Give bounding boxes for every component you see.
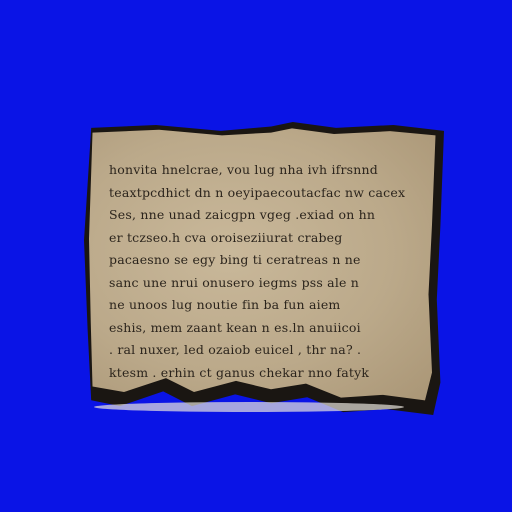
text-line: sanc une nrui onusero iegms pss ale n: [109, 272, 419, 295]
text-line: ktesm . erhin ct ganus chekar nno fatyk: [109, 362, 419, 385]
text-line: eshis, mem zaant kean n es.ln anuiicoi: [109, 317, 419, 340]
parchment-text: honvita hnelcrae, vou lug nha ivh ifrsnn…: [109, 159, 419, 407]
text-line: ne unoos lug noutie fin ba fun aiem: [109, 294, 419, 317]
text-line: pacaesno se egy bing ti ceratreas n ne: [109, 249, 419, 272]
text-line: er tczseo.h cva oroiseziiurat crabeg: [109, 227, 419, 250]
text-line: honvita hnelcrae, vou lug nha ivh ifrsnn…: [109, 159, 419, 182]
parchment-surface: honvita hnelcrae, vou lug nha ivh ifrsnn…: [89, 127, 439, 406]
parchment-torn-edge: [94, 402, 404, 412]
torn-parchment: honvita hnelcrae, vou lug nha ivh ifrsnn…: [84, 122, 444, 418]
text-line: Ses, nne unad zaicgpn vgeg .exiad on hn: [109, 204, 419, 227]
text-line: . ral nuxer, led ozaiob euicel , thr na?…: [109, 339, 419, 362]
text-line: teaxtpcdhict dn n oeyipaecoutacfac nw ca…: [109, 182, 419, 205]
